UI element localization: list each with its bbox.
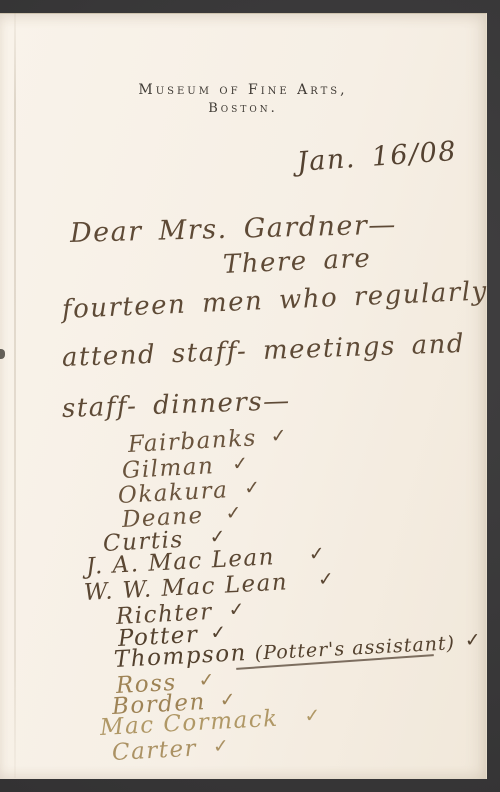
name-text: Carter — [111, 736, 197, 766]
checkmark-icon: ✓ — [317, 568, 336, 591]
checkmark-icon: ✓ — [225, 502, 244, 525]
checkmark-icon: ✓ — [304, 704, 323, 727]
checkmark-icon: ✓ — [209, 526, 228, 549]
checkmark-icon: ✓ — [212, 735, 231, 758]
checkmark-icon: ✓ — [464, 629, 483, 652]
letterhead: Museum of Fine Arts, Boston. — [0, 82, 486, 116]
checkmark-icon: ✓ — [232, 452, 251, 475]
checkmark-icon: ✓ — [308, 542, 327, 565]
checkmark-icon: ✓ — [228, 598, 247, 621]
letterhead-line2: Boston. — [0, 101, 486, 116]
letterhead-line1: Museum of Fine Arts, — [0, 82, 486, 98]
paper-fold-line — [14, 13, 16, 778]
checkmark-icon: ✓ — [270, 425, 289, 448]
checkmark-icon: ✓ — [244, 476, 263, 499]
